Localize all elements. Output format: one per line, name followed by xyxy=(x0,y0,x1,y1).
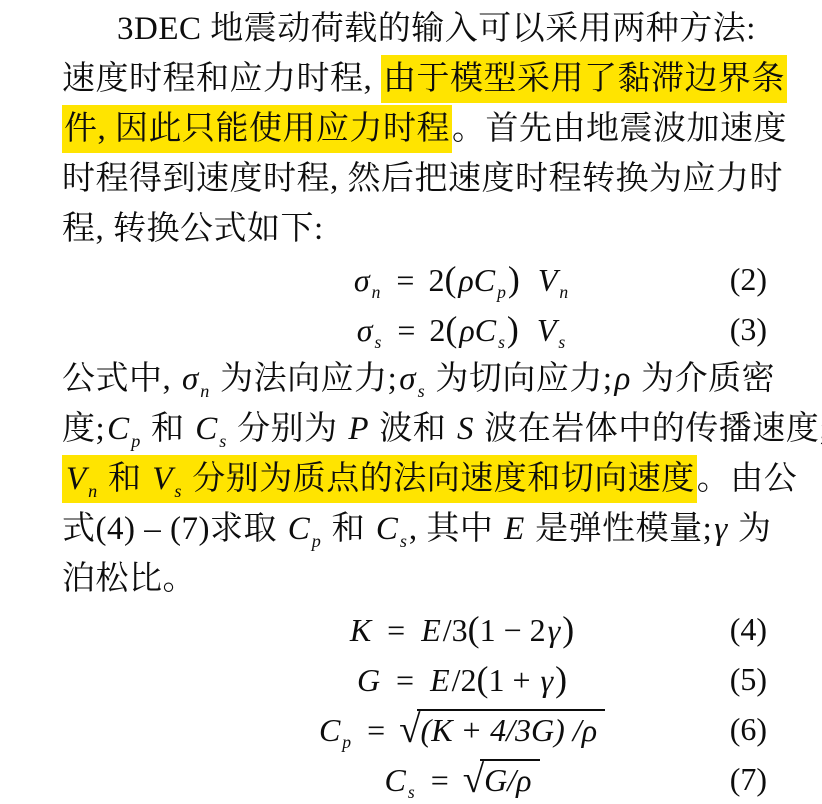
open-paren: ( xyxy=(445,309,457,349)
math-var-gamma: γ xyxy=(712,511,729,547)
text-run: 3DEC 地震动荷载的输入可以采用两种方法: xyxy=(117,11,756,47)
close-paren: ) xyxy=(555,659,567,699)
equation-body: σs=2(ρCs)Vs xyxy=(355,312,568,348)
equation-3: σs=2(ρCs)Vs (3) xyxy=(0,304,822,354)
text-run: 为法向应力; xyxy=(211,361,397,397)
radical-sign: √ xyxy=(399,705,420,755)
math-subscript: s xyxy=(219,431,226,451)
paragraph1-line5: 程, 转换公式如下: xyxy=(0,204,822,254)
text-run: 分别为 xyxy=(228,411,346,447)
text-run: 。由公 xyxy=(697,461,798,497)
math-var-c: C xyxy=(105,411,131,447)
equals-sign: = xyxy=(396,262,414,298)
equals-sign: = xyxy=(387,612,405,648)
math-term: 1 + xyxy=(488,662,538,698)
math-var-k: K xyxy=(348,612,373,648)
math-subscript: n xyxy=(372,282,381,302)
paragraph2-line3: Vn 和 Vs 分别为质点的法向速度和切向速度。由公 xyxy=(0,454,822,504)
text-run: 波在岩体中的传播速度; xyxy=(476,411,822,447)
math-subscript: p xyxy=(342,732,351,752)
highlight-run: Vn 和 Vs 分别为质点的法向速度和切向速度 xyxy=(62,455,697,503)
math-subscript: s xyxy=(400,531,407,551)
math-var-c: C xyxy=(286,511,312,547)
paragraph2-line4: 式(4) – (7)求取 Cp 和 Cs, 其中 E 是弹性模量;γ 为 xyxy=(0,504,822,554)
equation-body: Cs=√G/ρ xyxy=(382,762,539,798)
text-run: 速度时程和应力时程, xyxy=(62,61,381,97)
equation-number: (5) xyxy=(730,654,767,704)
paragraph2-line5: 泊松比。 xyxy=(0,554,822,604)
radicand: (K + 4/3G) /ρ xyxy=(417,709,606,749)
math-var-c: C xyxy=(374,511,400,547)
open-paren: ( xyxy=(468,609,480,649)
math-var-sigma: σ xyxy=(355,312,375,348)
math-var-gamma: γ xyxy=(539,662,556,698)
math-var-rho-c: ρC xyxy=(457,312,498,348)
equals-sign: = xyxy=(397,312,415,348)
equation-number: (2) xyxy=(730,254,767,304)
text-run: 度; xyxy=(62,411,105,447)
text-run: 。首先由地震波加速度 xyxy=(452,111,787,147)
math-var-c: C xyxy=(382,762,407,798)
equation-number: (6) xyxy=(730,704,767,754)
equals-sign: = xyxy=(367,712,385,748)
paragraph1-line4: 时程得到速度时程, 然后把速度时程转换为应力时 xyxy=(0,154,822,204)
equation-number: (4) xyxy=(730,604,767,654)
paragraph1-line2: 速度时程和应力时程, 由于模型采用了黏滞边界条 xyxy=(0,54,822,104)
math-subscript: s xyxy=(375,332,382,352)
math-var-e: E xyxy=(419,612,443,648)
equals-sign: = xyxy=(396,662,414,698)
equation-6: Cp=√(K + 4/3G) /ρ (6) xyxy=(0,704,822,754)
text-run: 和 xyxy=(99,461,150,497)
math-subscript: s xyxy=(498,332,505,352)
text-run: 和 xyxy=(142,411,193,447)
paragraph1-line3: 件, 因此只能使用应力时程。首先由地震波加速度 xyxy=(0,104,822,154)
equation-body: σn=2(ρCp)Vn xyxy=(352,262,570,298)
math-coefficient: 2 xyxy=(429,312,445,348)
math-var-v: V xyxy=(535,312,559,348)
text-run: 为切向应力; xyxy=(427,361,613,397)
equation-2: σn=2(ρCp)Vn (2) xyxy=(0,254,822,304)
math-subscript: p xyxy=(312,531,321,551)
math-var-e: E xyxy=(428,662,452,698)
math-subscript: n xyxy=(88,481,97,501)
close-paren: ) xyxy=(562,609,574,649)
math-var-rho: ρ xyxy=(613,361,633,397)
paragraph2-line2: 度;Cp 和 Cs 分别为 P 波和 S 波在岩体中的传播速度; xyxy=(0,404,822,454)
paragraph2-line1: 公式中, σn 为法向应力;σs 为切向应力;ρ 为介质密 xyxy=(0,354,822,404)
math-var-v: V xyxy=(536,262,560,298)
math-var-c: C xyxy=(193,411,219,447)
document-page: 3DEC 地震动荷载的输入可以采用两种方法: 速度时程和应力时程, 由于模型采用… xyxy=(0,0,822,804)
math-var-gamma: γ xyxy=(546,612,563,648)
text-run: 分别为质点的法向速度和切向速度 xyxy=(183,461,694,497)
math-coefficient: 2 xyxy=(428,262,444,298)
math-subscript: p xyxy=(131,431,140,451)
highlight-run: 由于模型采用了黏滞边界条 xyxy=(381,55,787,103)
math-var-c: C xyxy=(317,712,342,748)
close-paren: ) xyxy=(507,309,519,349)
math-subscript: s xyxy=(558,332,565,352)
text-run: 为 xyxy=(729,511,771,547)
text-run: 公式中, xyxy=(62,361,180,397)
text-run: 为介质密 xyxy=(632,361,775,397)
math-fraction: /2 xyxy=(452,662,477,698)
equation-4: K=E/3(1 − 2γ) (4) xyxy=(0,604,822,654)
math-var-e: E xyxy=(502,511,526,547)
highlight-run: 件, 因此只能使用应力时程 xyxy=(62,105,452,153)
equals-sign: = xyxy=(431,762,449,798)
math-var-g: G xyxy=(355,662,382,698)
equation-5: G=E/2(1 + γ) (5) xyxy=(0,654,822,704)
text-run: 时程得到速度时程, 然后把速度时程转换为应力时 xyxy=(62,161,783,197)
text-run: 程, 转换公式如下: xyxy=(62,211,324,247)
equation-body: K=E/3(1 − 2γ) xyxy=(348,612,574,648)
math-subscript: n xyxy=(200,381,209,401)
close-paren: ) xyxy=(508,259,520,299)
math-var-sigma: σ xyxy=(352,262,372,298)
math-subscript: n xyxy=(559,282,568,302)
equation-number: (3) xyxy=(730,304,767,354)
radical-sign: √ xyxy=(463,755,484,804)
paragraph1-line1: 3DEC 地震动荷载的输入可以采用两种方法: xyxy=(0,4,822,54)
equation-number: (7) xyxy=(730,754,767,804)
square-root: √(K + 4/3G) /ρ xyxy=(399,712,605,748)
open-paren: ( xyxy=(444,259,456,299)
math-term: 1 − 2 xyxy=(480,612,546,648)
math-subscript: p xyxy=(497,282,506,302)
math-var-v: V xyxy=(64,461,88,497)
math-var-rho-c: ρC xyxy=(456,262,497,298)
text-run: , 其中 xyxy=(409,511,502,547)
equation-7: Cs=√G/ρ (7) xyxy=(0,754,822,804)
math-fraction: /3 xyxy=(443,612,468,648)
text-run: 泊松比。 xyxy=(62,561,196,597)
math-subscript: s xyxy=(408,782,415,802)
text-run: 波和 xyxy=(371,411,456,447)
radicand: G/ρ xyxy=(480,759,539,799)
math-subscript: s xyxy=(418,381,425,401)
math-subscript: s xyxy=(174,481,181,501)
math-var-sigma: σ xyxy=(180,361,200,397)
equation-body: Cp=√(K + 4/3G) /ρ xyxy=(317,712,605,748)
open-paren: ( xyxy=(477,659,489,699)
equation-body: G=E/2(1 + γ) xyxy=(355,662,567,698)
text-run: 式(4) – (7)求取 xyxy=(62,511,286,547)
square-root: √G/ρ xyxy=(463,762,540,798)
math-var-sigma: σ xyxy=(397,361,417,397)
text-run: 和 xyxy=(323,511,374,547)
text-run: 是弹性模量; xyxy=(526,511,712,547)
math-var-s: S xyxy=(455,411,476,447)
math-var-p: P xyxy=(346,411,370,447)
math-var-v: V xyxy=(150,461,174,497)
